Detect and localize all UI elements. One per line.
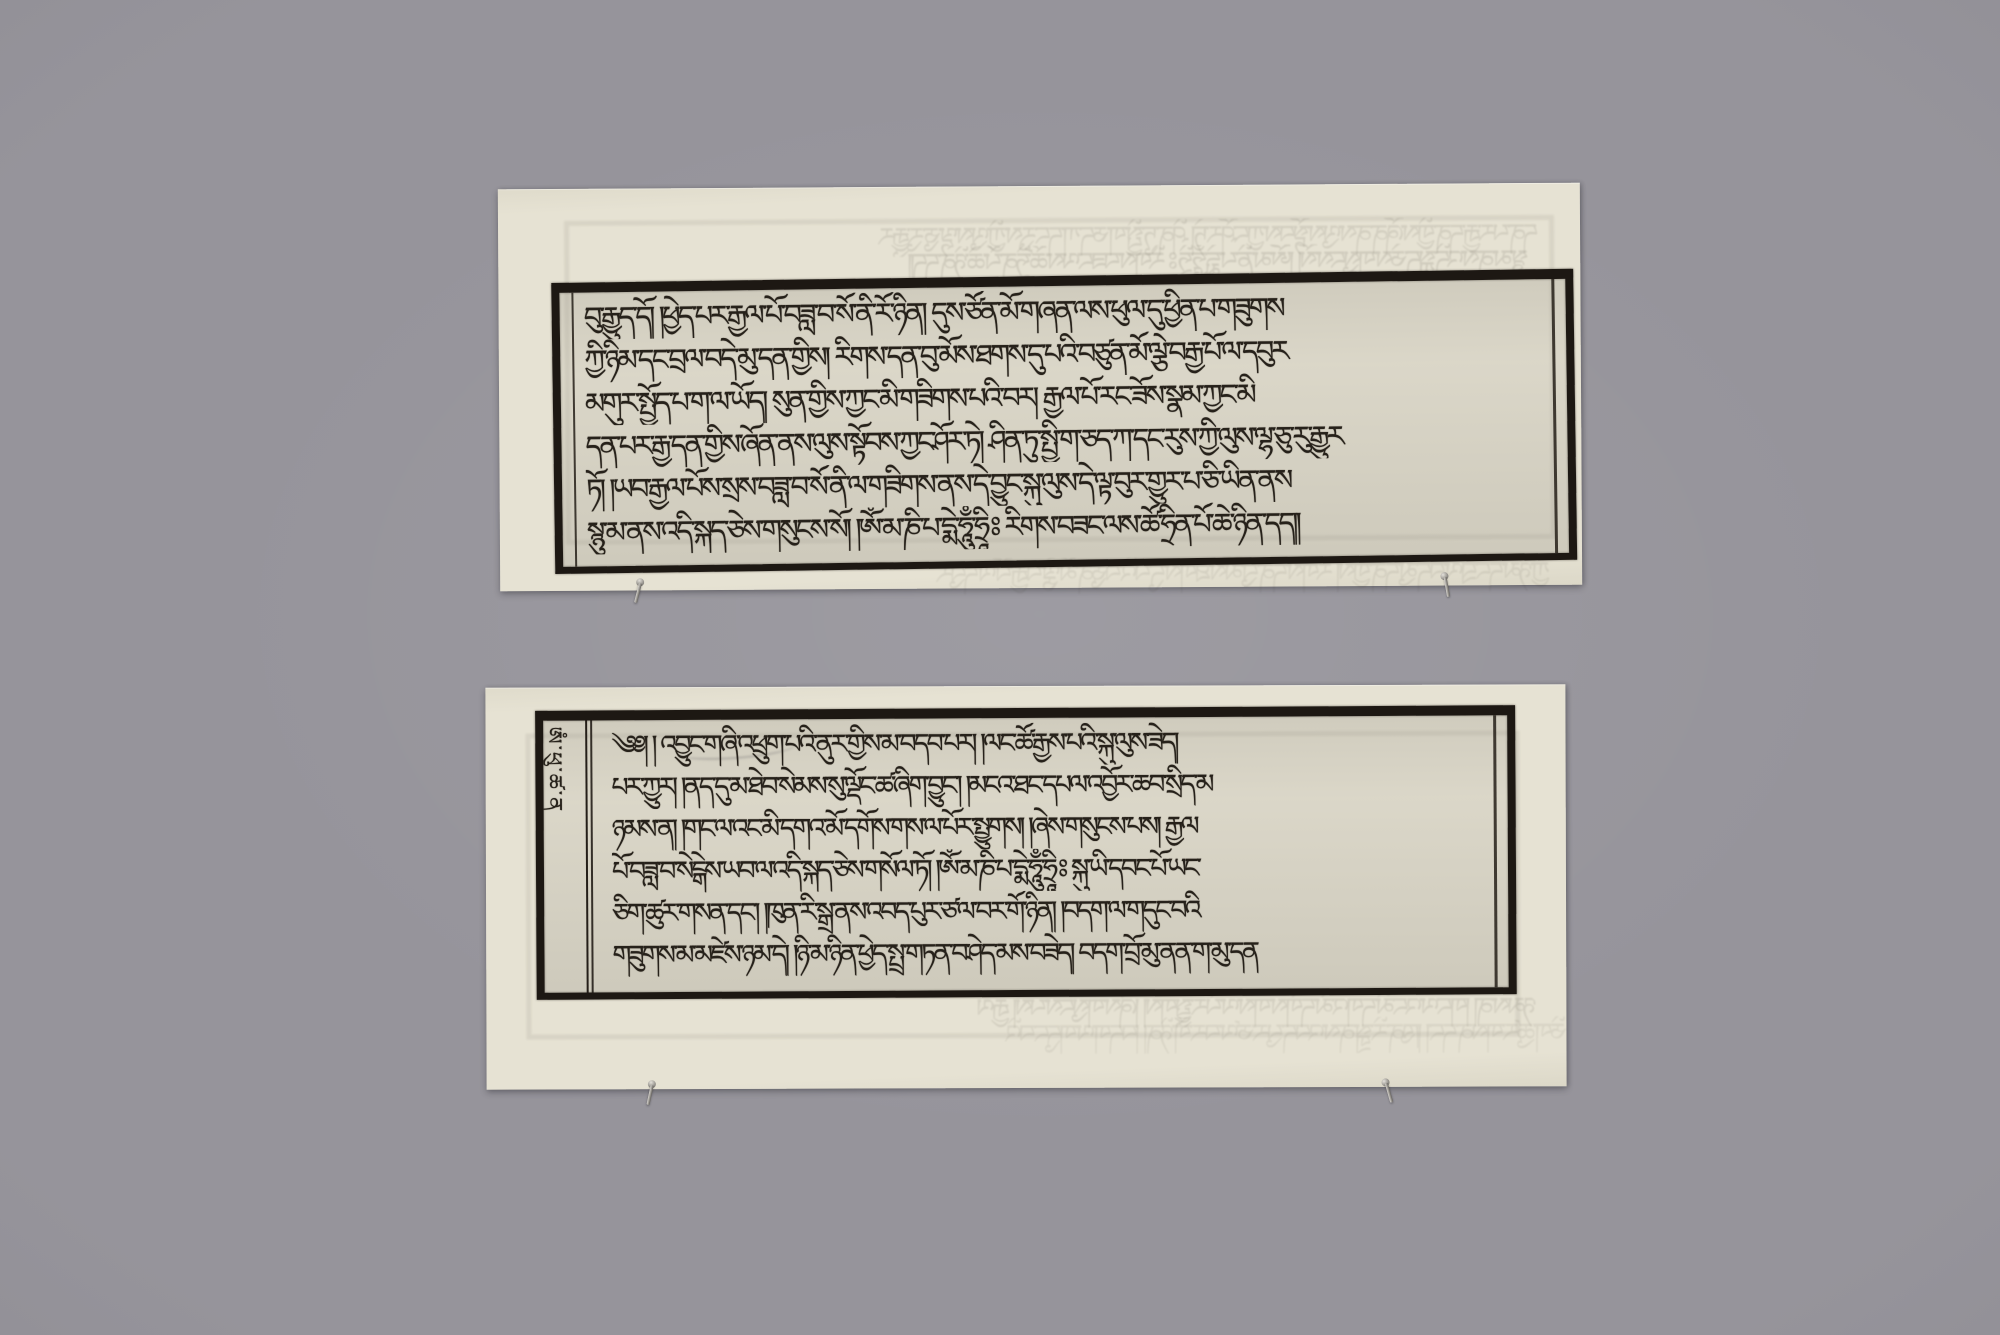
text-line: ཅིག་ཚུར་གསན་དང་། །ཁུན་རི་སྒྲ་ནས་འབད་པུར་…	[612, 888, 1494, 935]
pin-shaft	[634, 583, 642, 603]
margin-vertical-title: ཨཾ་ཕུ་ཚ་ན	[543, 727, 578, 814]
text-line: ༄༅། ། འབྱུང་གཞི་འཕྲུག་པའི་ནུར་གྱིས་མ་བདབ…	[611, 720, 1493, 767]
show-through-text: ཅིག་ཚུར་གསན་དང་། །ཁུན་རི་སྒྲ་ནས་འབད་པུར་…	[606, 1016, 1566, 1055]
text-line: པར་ཀྱུར། །ནད་དུ་མ་ཐེབ་སེམས་སུ་ལྡོང་ཚ་ཞིག…	[611, 762, 1493, 809]
text-line: པོ་བཟླ་བ་སེངྒེས་ཡབ་ལ་འདི་སྐད་ཅེས་གསོལ་ཏོ…	[612, 846, 1494, 893]
margin-column: ཨཾ་ཕུ་ཚ་ན	[543, 721, 587, 993]
pin-shaft	[647, 1085, 654, 1105]
photograph-background: དན་པར་རྒྱ་དན་གྱིས་ཞོན་ནས་ལུས་སྟོབས་ཀྱང་ཤ…	[0, 0, 2000, 1335]
text-line: ཉམས་ན། །གང་ལ་འང་མི་དགའ་མོ་དགོས་གས་ལ་པོར་…	[612, 804, 1494, 851]
show-through-text: དན་པར་རྒྱ་དན་གྱིས་ཞོན་ནས་ལུས་སྟོབས་ཀྱང་ཤ…	[578, 217, 1538, 259]
text-line: གཟུགས་མ་མཛེས་ཉམ་དེ། །ཉི་མ་ཉིན་ཕྱེད་སྤྲ་ག…	[612, 930, 1494, 977]
pin-shaft	[1444, 577, 1450, 597]
top-folio-text-frame: བུ་རྒྱུད་དོ། །ཕྱེད་པར་རྒྱལ་པོ་བཟླ་བ་སོ་ན…	[551, 269, 1577, 574]
top-folio-text-block: བུ་རྒྱུད་དོ། །ཕྱེད་པར་རྒྱལ་པོ་བཟླ་བ་སོ་ན…	[559, 279, 1569, 567]
bottom-folio-text-block: ༄༅། ། འབྱུང་གཞི་འཕྲུག་པའི་ནུར་གྱིས་མ་བདབ…	[599, 715, 1509, 992]
bottom-folio-text-frame: ཨཾ་ཕུ་ཚ་ན ༄༅། ། འབྱུང་གཞི་འཕྲུག་པའི་ནུར་…	[535, 705, 1517, 1000]
bottom-folio: ཉམས་ན། །གང་ལ་འང་མི་དགའ་མོ་དགོས་གས་ལ་པོར་…	[485, 684, 1566, 1089]
margin-separator-rule	[585, 721, 589, 993]
top-folio: དན་པར་རྒྱ་དན་གྱིས་ཞོན་ནས་ལུས་སྟོབས་ཀྱང་ཤ…	[498, 183, 1582, 592]
